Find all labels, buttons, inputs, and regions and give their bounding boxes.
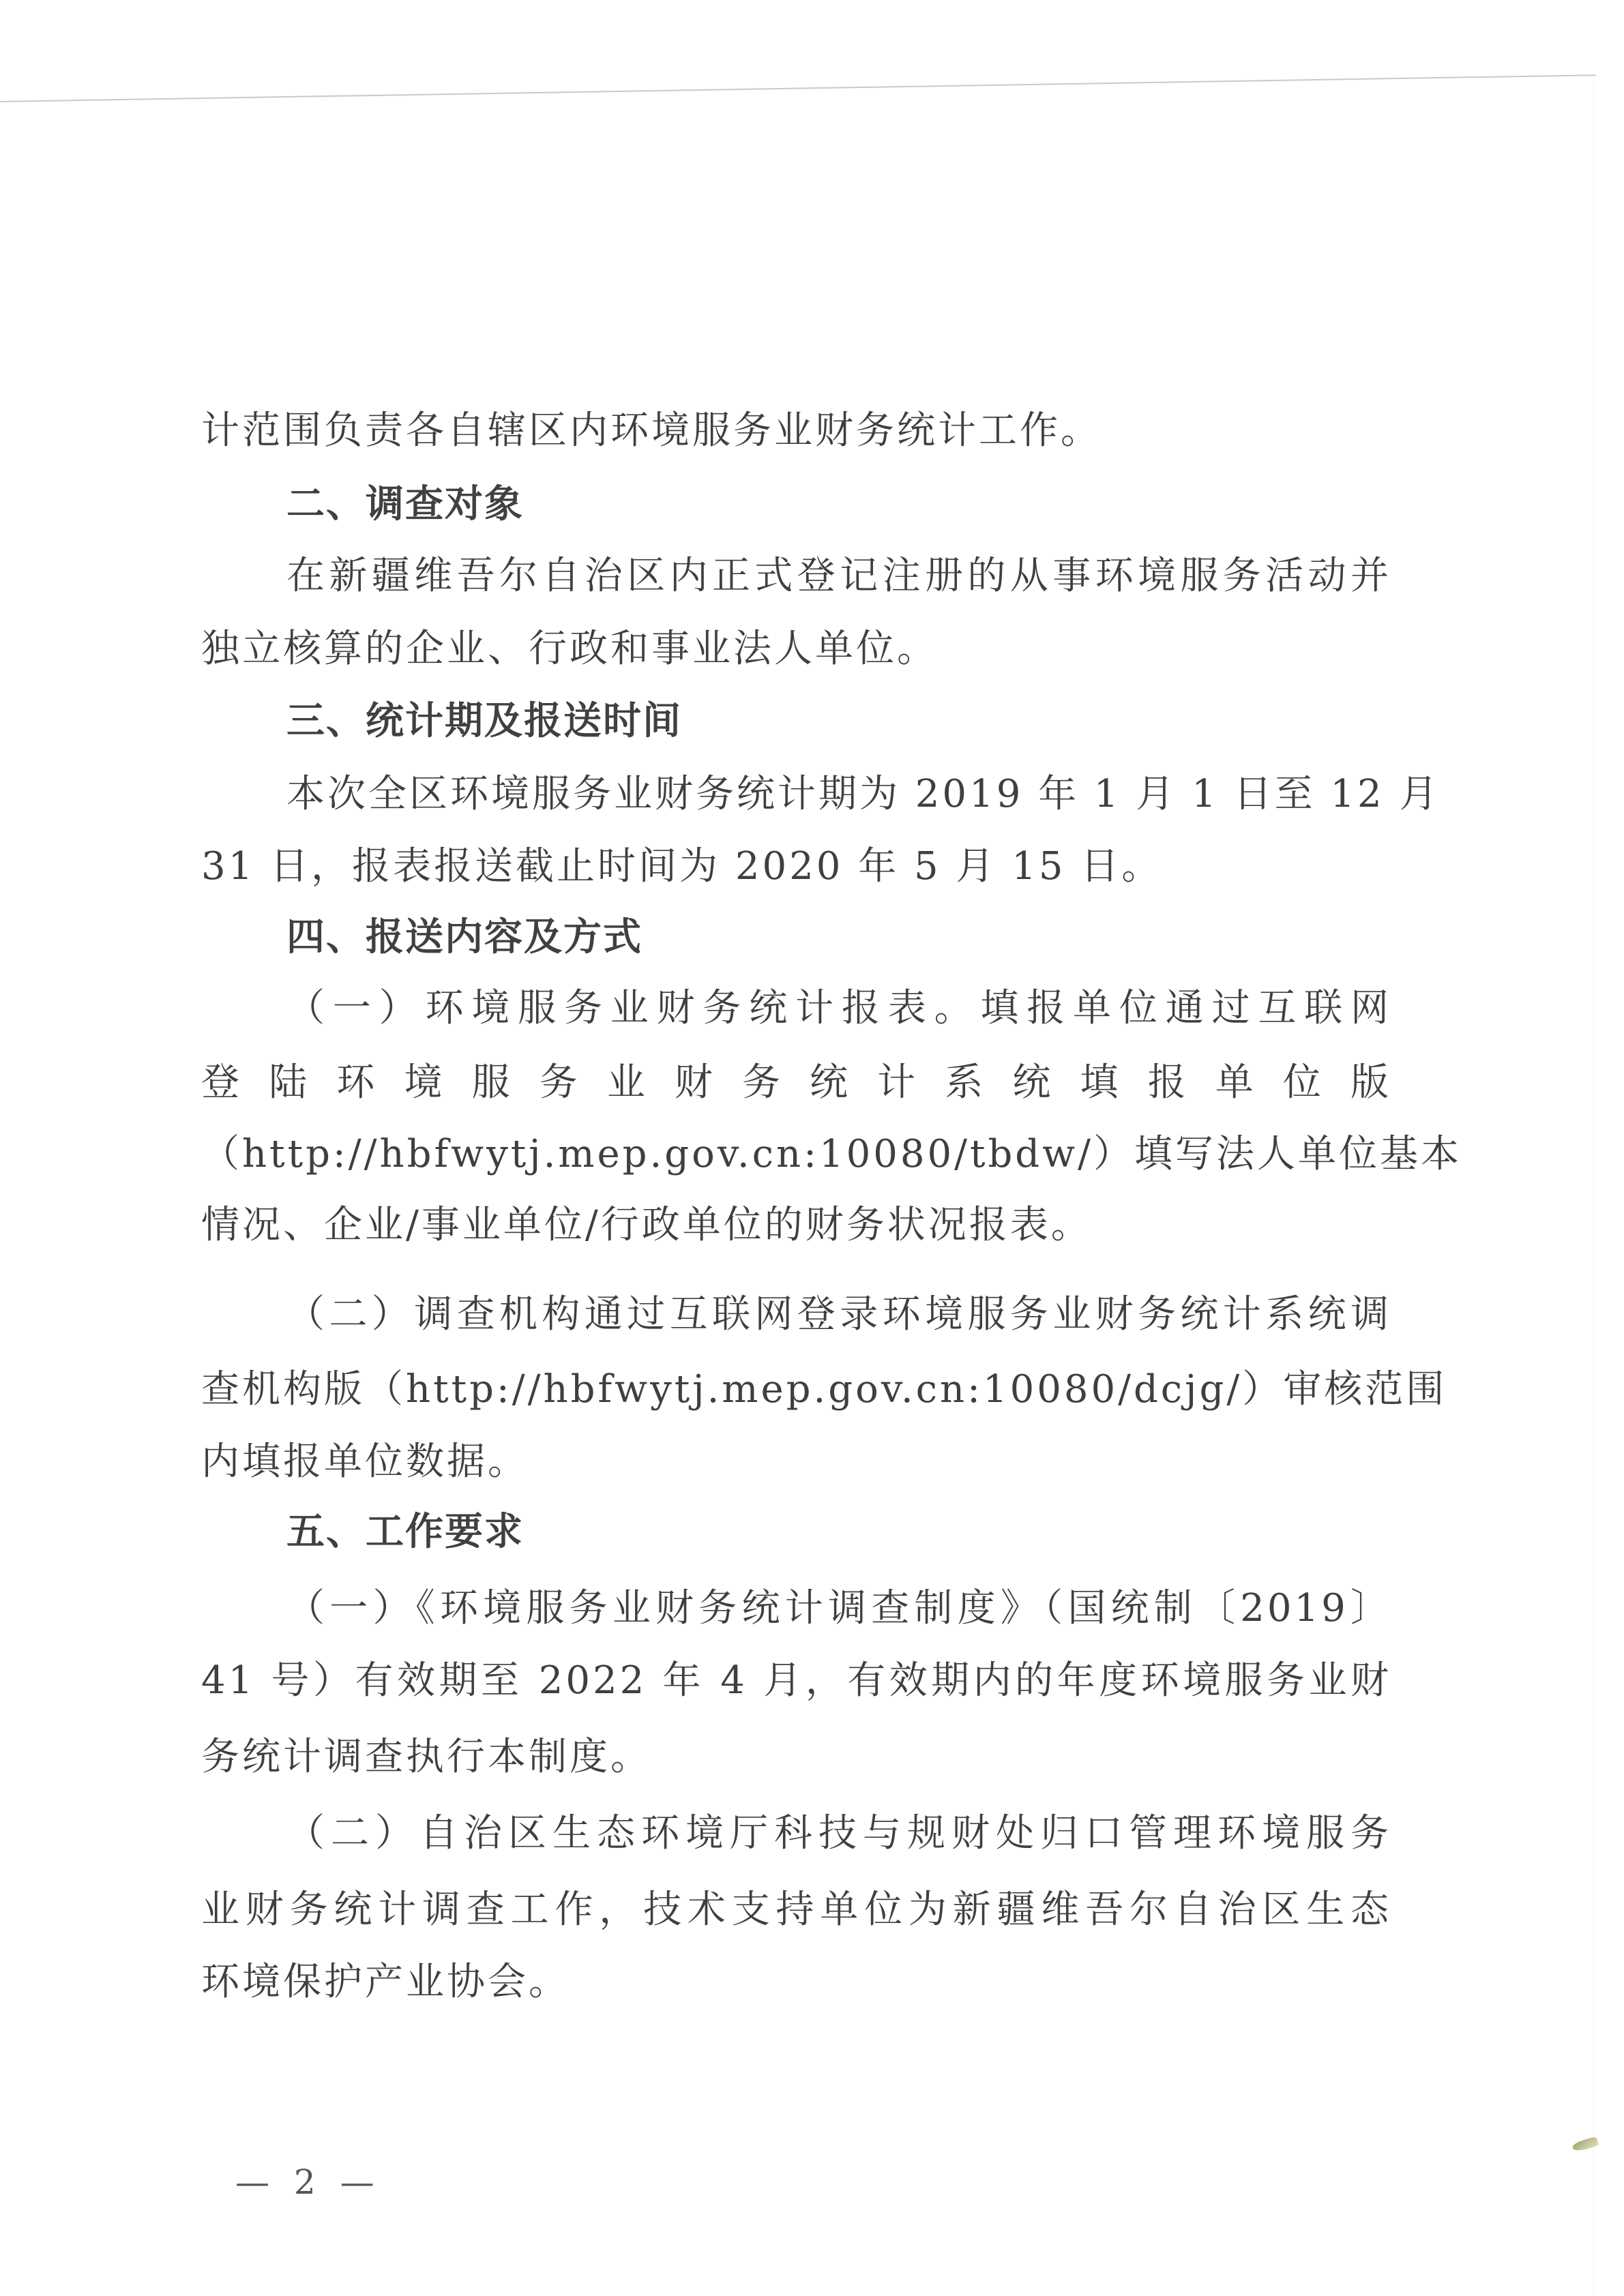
scan-smudge-mark (1571, 2136, 1599, 2153)
text-line: （二）自治区生态环境厅科技与规财处归口管理环境服务 (286, 1810, 1391, 1858)
text-line: 31 日，报表报送截止时间为 2020 年 5 月 15 日。 (201, 843, 1391, 891)
section-heading: 二、调查对象 (286, 481, 1391, 528)
text-line: 独立核算的企业、行政和事业法人单位。 (201, 625, 1391, 673)
section-heading: 三、统计期及报送时间 (286, 698, 1391, 745)
text-line-url: （http://hbfwytj.mep.gov.cn:10080/tbdw/）填… (201, 1131, 1391, 1178)
text-line: 务统计调查执行本制度。 (201, 1733, 1391, 1781)
text-line: （一）环境服务业财务统计报表。填报单位通过互联网 (286, 985, 1391, 1032)
text-line: 登陆环境服务业财务统计系统填报单位版 (201, 1059, 1391, 1107)
text-line: 41 号）有效期至 2022 年 4 月，有效期内的年度环境服务业财 (201, 1657, 1391, 1705)
text-line: 在新疆维吾尔自治区内正式登记注册的从事环境服务活动并 (286, 552, 1391, 600)
text-line: 业财务统计调查工作，技术支持单位为新疆维吾尔自治区生态 (201, 1886, 1391, 1934)
text-line: 内填报单位数据。 (201, 1438, 1391, 1486)
section-heading: 五、工作要求 (286, 1508, 1391, 1556)
text-line: 环境保护产业协会。 (201, 1958, 1391, 2006)
text-line-url: 查机构版（http://hbfwytj.mep.gov.cn:10080/dcj… (201, 1366, 1391, 1414)
text-line: （一）《环境服务业财务统计调查制度》（国统制〔2019〕 (286, 1585, 1391, 1632)
section-heading: 四、报送内容及方式 (286, 914, 1391, 961)
scan-page-edge-top (0, 74, 1596, 102)
text-line: 计范围负责各自辖区内环境服务业财务统计工作。 (201, 407, 1391, 455)
scan-page-edge-right (1593, 82, 1594, 2296)
text-line: 情况、企业/事业单位/行政单位的财务状况报表。 (201, 1202, 1391, 1249)
text-line: 本次全区环境服务业财务统计期为 2019 年 1 月 1 日至 12 月 (286, 771, 1391, 818)
text-line: （二）调查机构通过互联网登录环境服务业财务统计系统调 (286, 1291, 1391, 1339)
page-number: — 2 — (235, 2162, 381, 2203)
